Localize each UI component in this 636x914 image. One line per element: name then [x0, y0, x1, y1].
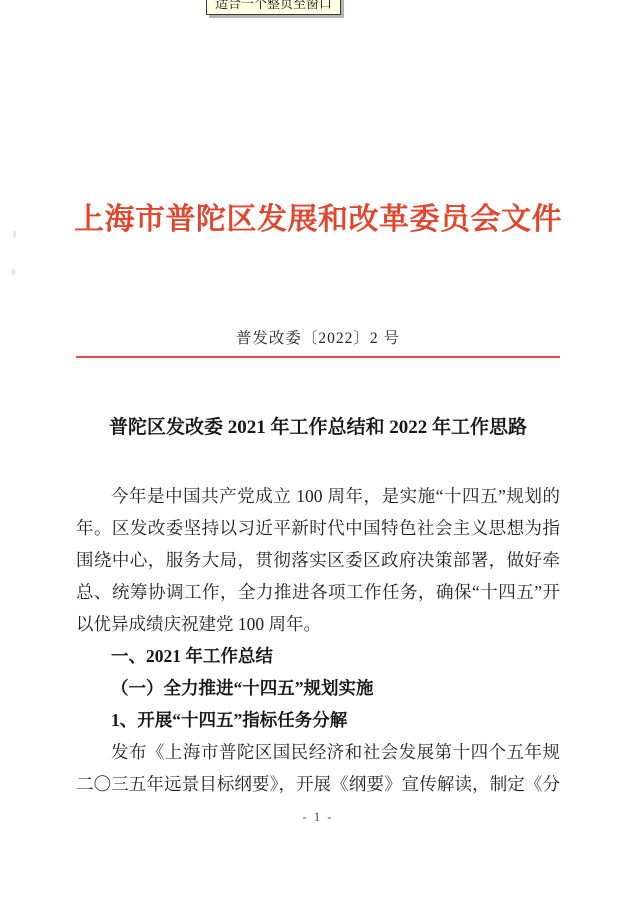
section-heading: 1、开展“十四五”指标任务分解: [76, 704, 560, 736]
body-line: 发布《上海市普陀区国民经济和社会发展第十四个五年规划和: [76, 736, 560, 768]
body-line: 以优异成绩庆祝建党 100 周年。: [76, 608, 560, 640]
section-heading: 一、2021 年工作总结: [76, 640, 560, 672]
document-page: 适合一个整页至窗口 上海市普陀区发展和改革委员会文件 普发改委〔2022〕2 号…: [0, 0, 636, 914]
body-line: 今年是中国共产党成立 100 周年，是实施“十四五”规划的开局之: [76, 480, 560, 512]
scan-artifact: [12, 269, 15, 275]
body-line: 围绕中心，服务大局，贯彻落实区委区政府决策部署，做好牵头抓: [76, 544, 560, 576]
body-line: 年。区发改委坚持以习近平新时代中国特色社会主义思想为指导，: [76, 512, 560, 544]
body-line: 总、统筹协调工作，全力推进各项工作任务，确保“十四五”开好局，: [76, 576, 560, 608]
fit-page-tooltip: 适合一个整页至窗口: [206, 0, 341, 15]
document-header-title: 上海市普陀区发展和改革委员会文件: [0, 194, 636, 238]
document-number: 普发改委〔2022〕2 号: [0, 326, 636, 348]
page-number: - 1 -: [0, 810, 636, 825]
section-heading: （一）全力推进“十四五”规划实施: [76, 672, 560, 704]
body-line: 二〇三五年远景目标纲要》，开展《纲要》宣传解读，制定《分工方: [76, 768, 560, 800]
document-body: 今年是中国共产党成立 100 周年，是实施“十四五”规划的开局之 年。区发改委坚…: [76, 480, 560, 800]
document-title: 普陀区发改委 2021 年工作总结和 2022 年工作思路: [0, 412, 636, 439]
red-divider-line: [76, 356, 560, 358]
